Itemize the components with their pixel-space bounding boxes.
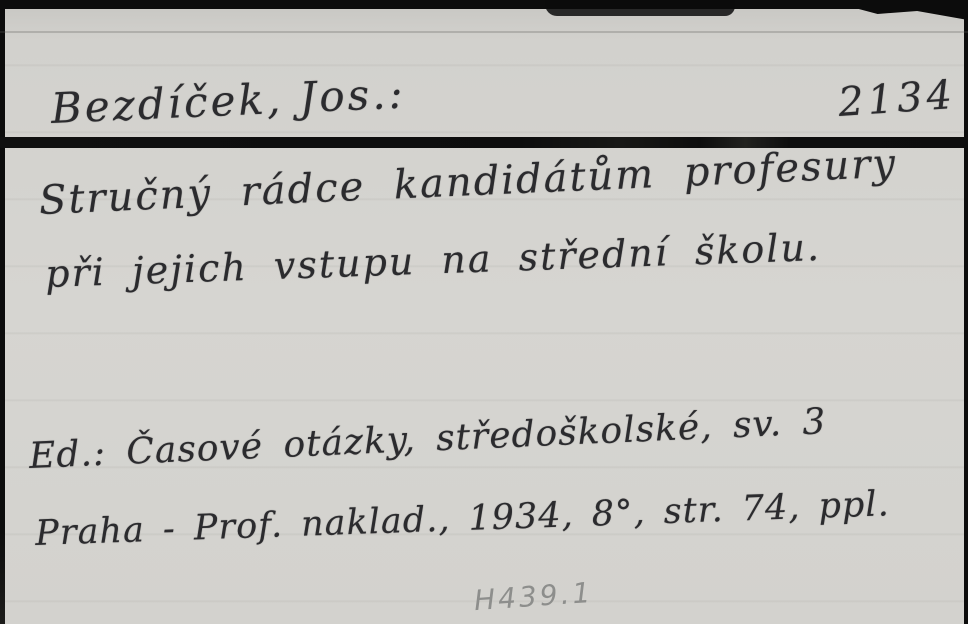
card-top-edge-line xyxy=(0,31,968,33)
imprint-line: Praha - Prof. naklad., 1934, 8°, str. 74… xyxy=(35,484,891,554)
title-line-2: při jejich vstupu na střední školu. xyxy=(44,225,821,296)
scan-frame-right xyxy=(964,0,968,624)
scanned-catalog-card: Bezdíček, Jos.: 2134 Stručný rádce kandi… xyxy=(0,0,968,624)
scan-corner-artifact xyxy=(855,0,968,20)
title-line-1: Stručný rádce kandidátům profesury xyxy=(38,141,898,224)
series-note-line: Ed.: Časové otázky, středoškolské, sv. 3 xyxy=(28,401,827,477)
accession-number: 2134 xyxy=(837,72,958,126)
scan-frame-left xyxy=(0,0,5,624)
author-heading: Bezdíček, Jos.: xyxy=(50,69,407,133)
scan-frame-top xyxy=(0,0,968,9)
shelf-mark-pencil: H439.1 xyxy=(473,576,594,617)
scan-edge-artifact xyxy=(545,0,735,16)
